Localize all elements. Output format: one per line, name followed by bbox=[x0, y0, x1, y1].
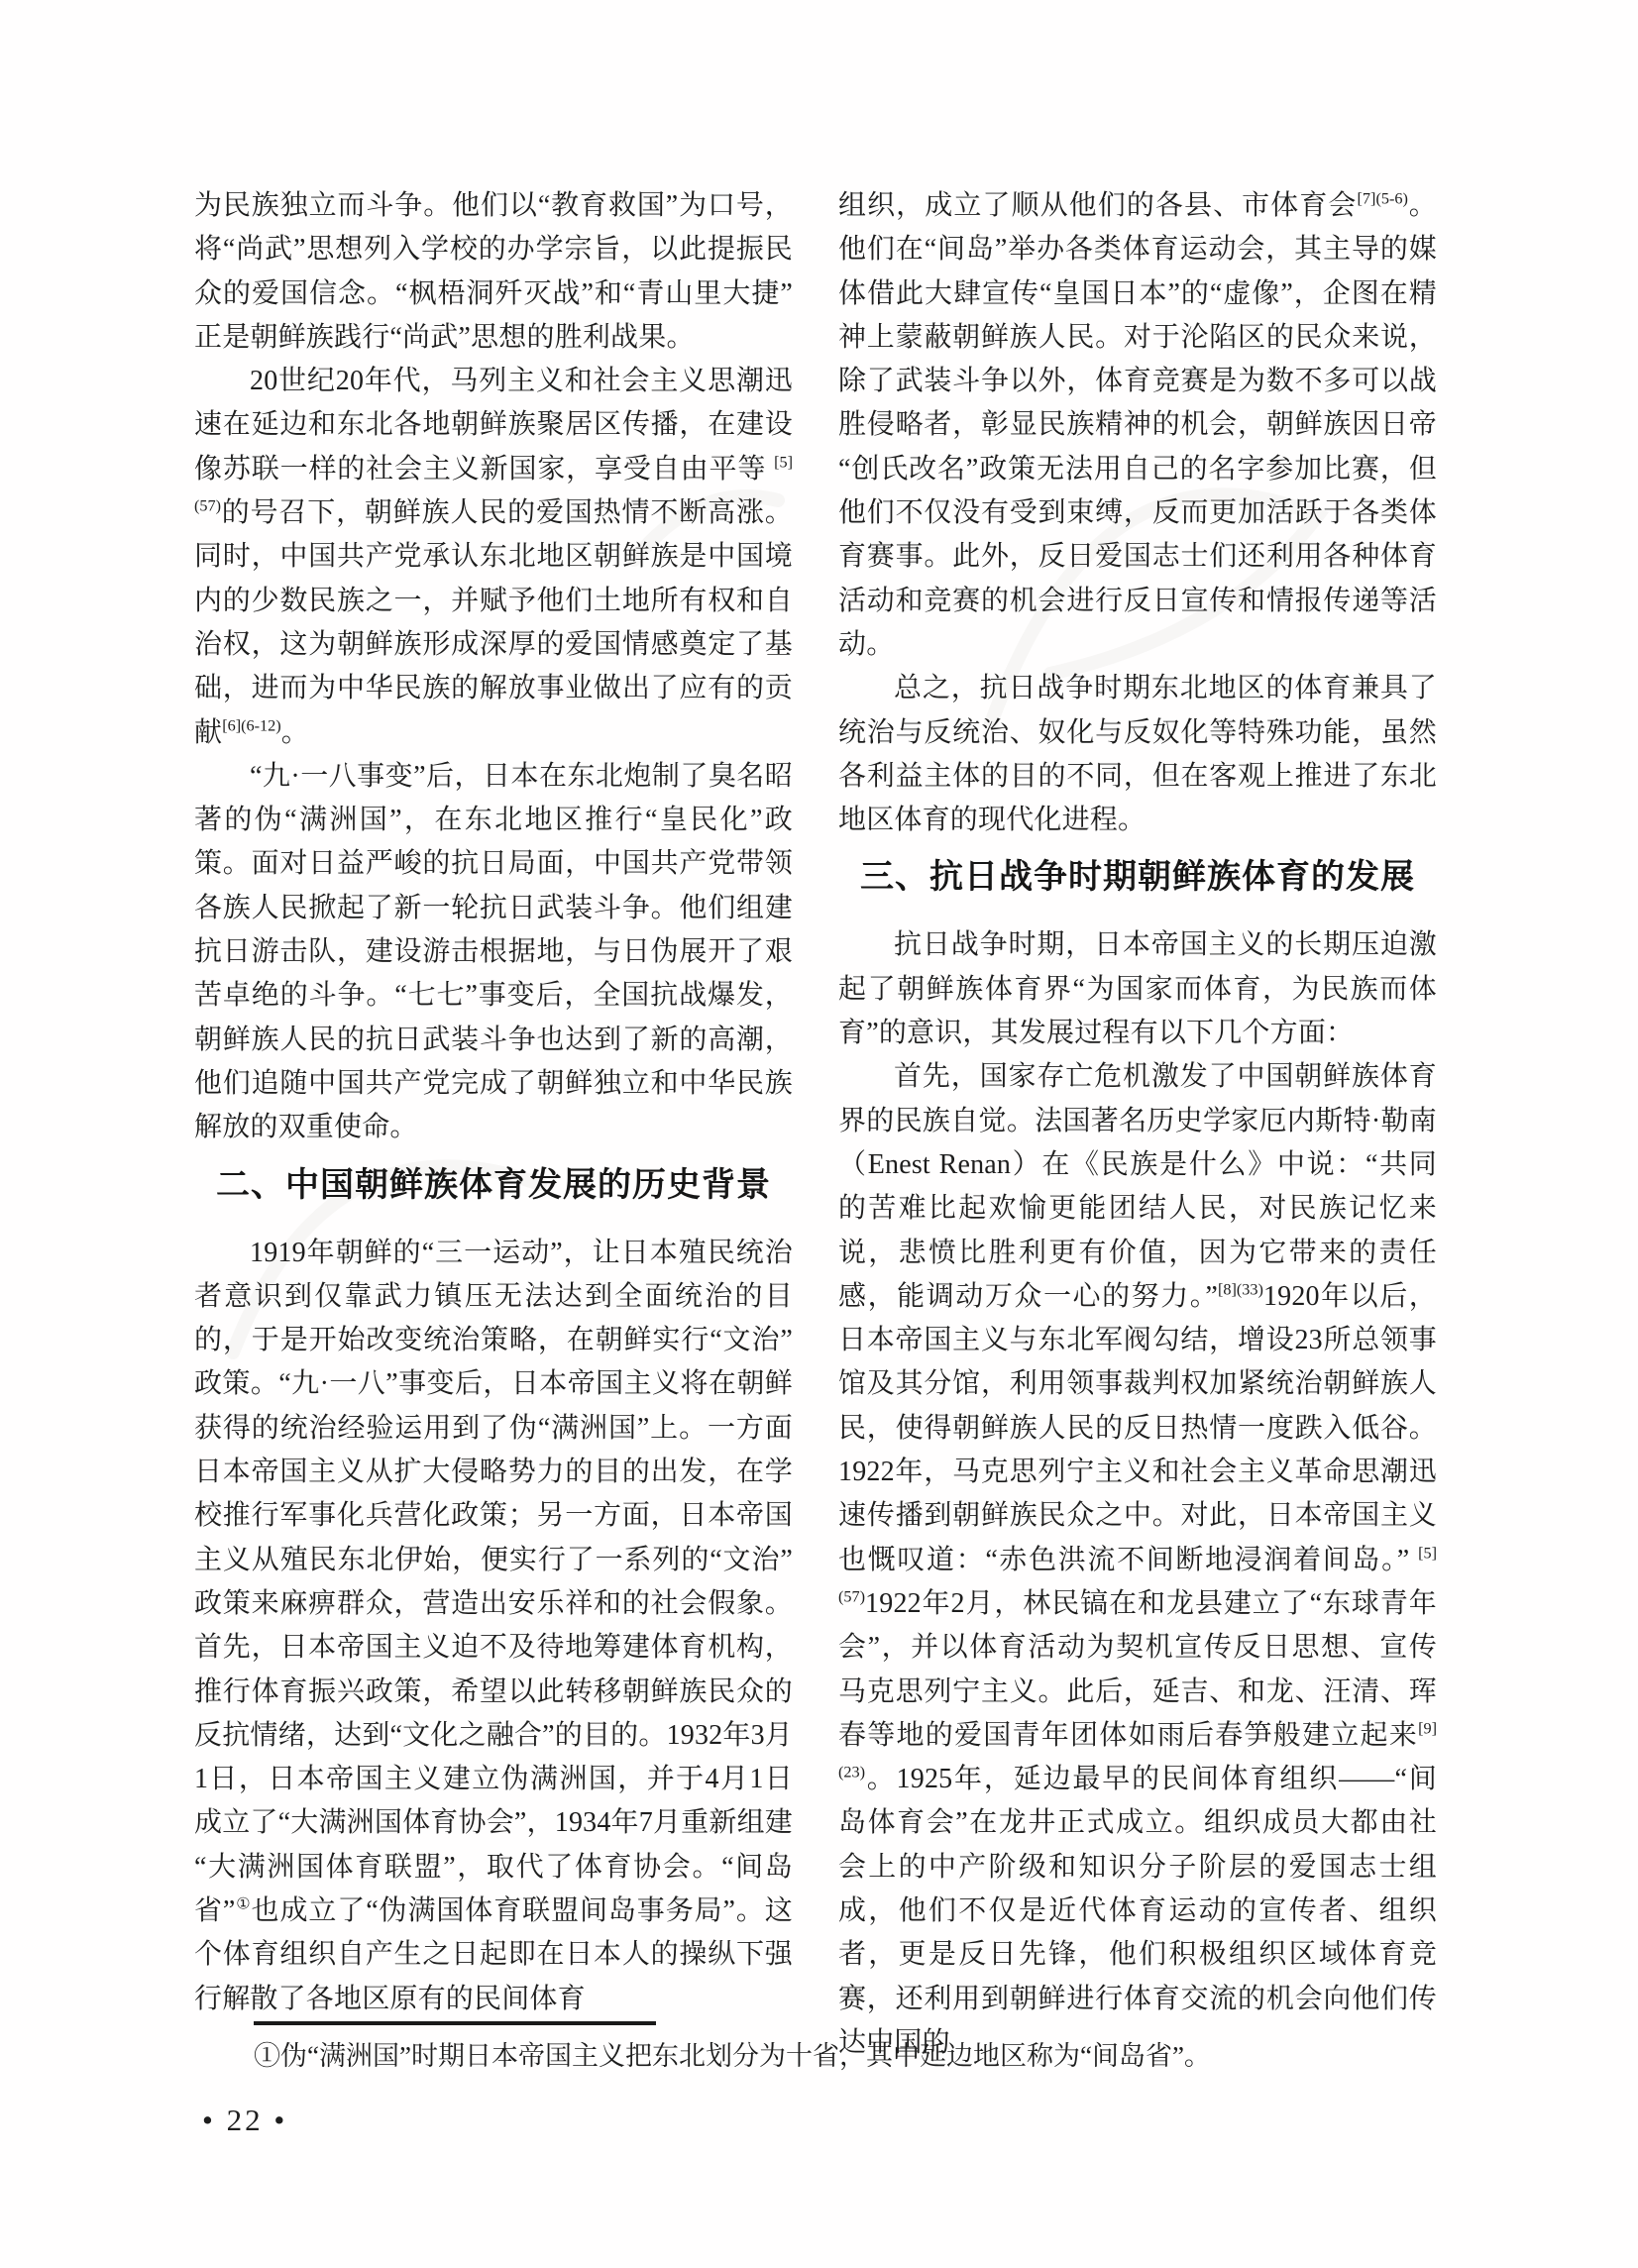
paragraph: 20世纪20年代，马列主义和社会主义思潮迅速在延边和东北各地朝鲜族聚居区传播，在… bbox=[194, 360, 793, 755]
paragraph: 抗日战争时期，日本帝国主义的长期压迫激起了朝鲜族体育界“为国家而体育，为民族而体… bbox=[838, 923, 1437, 1055]
paragraph-continuation: 为民族独立而斗争。他们以“教育救国”为口号，将“尚武”思想列入学校的办学宗旨，以… bbox=[194, 184, 793, 360]
citation-superscript: [8](33) bbox=[1218, 1281, 1263, 1299]
footnote-divider-rule bbox=[254, 2021, 656, 2025]
citation-superscript: [5](57) bbox=[194, 453, 793, 514]
footnote: ①伪“满洲国”时期日本帝国主义把东北划分为十省，其中延边地区称为“间岛省”。 bbox=[254, 2021, 1502, 2073]
paragraph: 1919年朝鲜的“三一运动”，让日本殖民统治者意识到仅靠武力镇压无法达到全面统治… bbox=[194, 1232, 793, 2021]
citation-superscript: [7](5-6) bbox=[1358, 190, 1408, 208]
footnote-text: ①伪“满洲国”时期日本帝国主义把东北划分为十省，其中延边地区称为“间岛省”。 bbox=[254, 2039, 1502, 2073]
section-heading-3: 三、抗日战争时期朝鲜族体育的发展 bbox=[838, 854, 1437, 900]
citation-superscript: ① bbox=[236, 1895, 252, 1913]
right-column: 组织，成立了顺从他们的各县、市体育会[7](5-6)。他们在“间岛”举办各类体育… bbox=[838, 184, 1437, 2065]
left-column: 为民族独立而斗争。他们以“教育救国”为口号，将“尚武”思想列入学校的办学宗旨，以… bbox=[194, 184, 793, 2021]
paragraph: “九·一八事变”后，日本在东北炮制了臭名昭著的伪“满洲国”，在东北地区推行“皇民… bbox=[194, 755, 793, 1150]
paragraph: 总之，抗日战争时期东北地区的体育兼具了统治与反统治、奴化与反奴化等特殊功能，虽然… bbox=[838, 667, 1437, 842]
citation-superscript: [6](6-12) bbox=[222, 716, 281, 734]
citation-superscript: [5](57) bbox=[838, 1544, 1437, 1605]
paragraph-continuation: 组织，成立了顺从他们的各县、市体育会[7](5-6)。他们在“间岛”举办各类体育… bbox=[838, 184, 1437, 667]
document-page: 为民族独立而斗争。他们以“教育救国”为口号，将“尚武”思想列入学校的办学宗旨，以… bbox=[0, 0, 1638, 2268]
paragraph: 首先，国家存亡危机激发了中国朝鲜族体育界的民族自觉。法国著名历史学家厄内斯特·勒… bbox=[838, 1055, 1437, 2065]
section-heading-2: 二、中国朝鲜族体育发展的历史背景 bbox=[194, 1162, 793, 1208]
page-number: • 22 • bbox=[202, 2103, 287, 2138]
citation-superscript: [9](23) bbox=[838, 1719, 1437, 1781]
